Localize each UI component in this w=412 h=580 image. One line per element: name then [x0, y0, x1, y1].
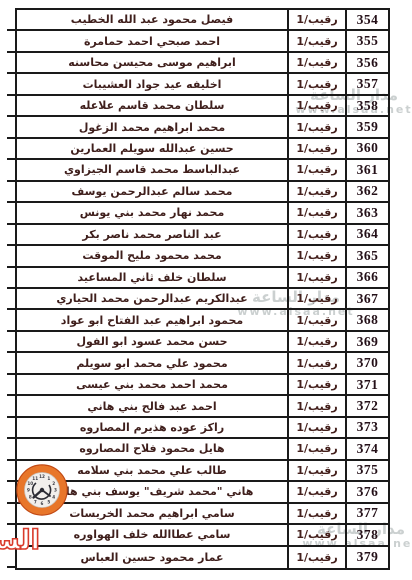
name-cell: عمار محمود حسين العباس — [17, 547, 287, 568]
row-rule-overhang — [7, 545, 16, 547]
table-row: محمد محمود مليح الموقت رقيب/1 365 — [17, 246, 388, 267]
row-rule-overhang — [7, 330, 16, 332]
name-cell: احمد عبد فالح بني هاني — [17, 396, 287, 415]
row-rule-overhang — [7, 137, 16, 139]
row-rule-overhang — [7, 266, 16, 268]
table-row: عبدالكريم عبدالرحمن محمد الحياري رقيب/1 … — [17, 289, 388, 310]
rank-cell: رقيب/1 — [287, 117, 345, 136]
serial-cell: 368 — [345, 310, 388, 329]
name-cell: محمد نهار محمد بني يونس — [17, 203, 287, 222]
table-row: محمود علي محمد ابو سويلم رقيب/1 370 — [17, 353, 388, 374]
table-row: سلطان محمد قاسم علاعله رقيب/1 358 — [17, 96, 388, 117]
name-cell: احمد صبحي احمد حمامرة — [17, 31, 287, 50]
rank-cell: رقيب/1 — [287, 246, 345, 265]
serial-cell: 364 — [345, 225, 388, 244]
name-cell: سلطان خلف ثاني المساعيد — [17, 268, 287, 287]
table-row: احمد عبد فالح بني هاني رقيب/1 372 — [17, 396, 388, 417]
name-cell: سامي ابراهيم محمد الخريسات — [17, 504, 287, 523]
serial-cell: 360 — [345, 139, 388, 158]
table-row: فيصل محمود عبد الله الخطيب رقيب/1 354 — [17, 10, 388, 31]
rank-cell: رقيب/1 — [287, 482, 345, 501]
table-row: احمد صبحي احمد حمامرة رقيب/1 355 — [17, 31, 388, 52]
table-row: حسن محمد عسود ابو الفول رقيب/1 369 — [17, 332, 388, 353]
name-cell: ابراهيم موسى محيسن محاسنه — [17, 53, 287, 72]
row-rule-overhang — [7, 115, 16, 117]
row-rule-overhang — [7, 308, 16, 310]
row-rule-overhang — [7, 523, 16, 525]
serial-cell: 361 — [345, 160, 388, 179]
rank-cell: رقيب/1 — [287, 289, 345, 308]
table-row: محمد ابراهيم محمد الزغول رقيب/1 359 — [17, 117, 388, 138]
serial-cell: 354 — [345, 10, 388, 29]
row-rule-overhang — [7, 51, 16, 53]
row-rule-overhang — [7, 244, 16, 246]
name-cell: عبدالباسط محمد قاسم الجيزاوي — [17, 160, 287, 179]
name-cell: حسين عبدالله سويلم العمارين — [17, 139, 287, 158]
personnel-roster-table: فيصل محمود عبد الله الخطيب رقيب/1 354 اح… — [15, 8, 390, 570]
serial-cell: 375 — [345, 461, 388, 480]
table-row: سامي ابراهيم محمد الخريسات رقيب/1 377 — [17, 504, 388, 525]
rank-cell: رقيب/1 — [287, 268, 345, 287]
serial-cell: 377 — [345, 504, 388, 523]
name-cell: محمود علي محمد ابو سويلم — [17, 353, 287, 372]
rank-cell: رقيب/1 — [287, 375, 345, 394]
name-cell: حسن محمد عسود ابو الفول — [17, 332, 287, 351]
serial-cell: 366 — [345, 268, 388, 287]
rank-cell: رقيب/1 — [287, 504, 345, 523]
table-row: طالب علي محمد بني سلامه رقيب/1 375 — [17, 461, 388, 482]
serial-cell: 370 — [345, 353, 388, 372]
name-cell: محمود ابراهيم عبد الفتاح ابو عواد — [17, 310, 287, 329]
serial-cell: 379 — [345, 547, 388, 568]
rank-cell: رقيب/1 — [287, 10, 345, 29]
table-row: عبد الناصر محمد ناصر بكر رقيب/1 364 — [17, 225, 388, 246]
rank-cell: رقيب/1 — [287, 525, 345, 544]
rank-cell: رقيب/1 — [287, 396, 345, 415]
name-cell: فيصل محمود عبد الله الخطيب — [17, 10, 287, 29]
name-cell: هاني "محمد شريف" يوسف بني هاني — [17, 482, 287, 501]
row-rule-overhang — [7, 480, 16, 482]
rank-cell: رقيب/1 — [287, 439, 345, 458]
rank-cell: رقيب/1 — [287, 547, 345, 568]
row-rule-overhang — [7, 72, 16, 74]
table-row: هايل محمود فلاح المصاروه رقيب/1 374 — [17, 439, 388, 460]
name-cell: سامي عطاالله خلف الهواوره — [17, 525, 287, 544]
rank-cell: رقيب/1 — [287, 310, 345, 329]
serial-cell: 363 — [345, 203, 388, 222]
rank-cell: رقيب/1 — [287, 96, 345, 115]
rank-cell: رقيب/1 — [287, 461, 345, 480]
rank-cell: رقيب/1 — [287, 203, 345, 222]
row-rule-overhang — [7, 201, 16, 203]
name-cell: طالب علي محمد بني سلامه — [17, 461, 287, 480]
table-row: سلطان خلف ثاني المساعيد رقيب/1 366 — [17, 268, 388, 289]
rank-cell: رقيب/1 — [287, 31, 345, 50]
rank-cell: رقيب/1 — [287, 139, 345, 158]
table-row: محمد سالم عبدالرحمن يوسف رقيب/1 362 — [17, 182, 388, 203]
rank-cell: رقيب/1 — [287, 182, 345, 201]
row-rule-overhang — [7, 459, 16, 461]
row-rule-overhang — [7, 394, 16, 396]
rank-cell: رقيب/1 — [287, 225, 345, 244]
table-row: عبدالباسط محمد قاسم الجيزاوي رقيب/1 361 — [17, 160, 388, 181]
table-row: حسين عبدالله سويلم العمارين رقيب/1 360 — [17, 139, 388, 160]
row-rule-overhang — [7, 373, 16, 375]
rank-cell: رقيب/1 — [287, 160, 345, 179]
row-rule-overhang — [7, 566, 16, 568]
serial-cell: 355 — [345, 31, 388, 50]
table-row: محمد نهار محمد بني يونس رقيب/1 363 — [17, 203, 388, 224]
serial-cell: 376 — [345, 482, 388, 501]
row-rule-overhang — [7, 437, 16, 439]
row-rule-overhang — [7, 416, 16, 418]
name-cell: عبدالكريم عبدالرحمن محمد الحياري — [17, 289, 287, 308]
name-cell: راكز عوده هذيرم المصاروه — [17, 418, 287, 437]
table-row: هاني "محمد شريف" يوسف بني هاني رقيب/1 37… — [17, 482, 388, 503]
name-cell: محمد محمود مليح الموقت — [17, 246, 287, 265]
scanned-document-page: مدار الساعة www.alsaa.net مدار الساعة ww… — [0, 0, 412, 580]
row-rule-overhang — [7, 180, 16, 182]
rank-cell: رقيب/1 — [287, 332, 345, 351]
serial-cell: 371 — [345, 375, 388, 394]
serial-cell: 358 — [345, 96, 388, 115]
table-row: محمد احمد محمد بني عيسى رقيب/1 371 — [17, 375, 388, 396]
table-row: سامي عطاالله خلف الهواوره رقيب/1 378 — [17, 525, 388, 546]
name-cell: محمد احمد محمد بني عيسى — [17, 375, 287, 394]
row-rule-overhang — [7, 502, 16, 504]
name-cell: محمد سالم عبدالرحمن يوسف — [17, 182, 287, 201]
row-rule-overhang — [7, 29, 16, 31]
table-row: محمود ابراهيم عبد الفتاح ابو عواد رقيب/1… — [17, 310, 388, 331]
rank-cell: رقيب/1 — [287, 74, 345, 93]
table-row: راكز عوده هذيرم المصاروه رقيب/1 373 — [17, 418, 388, 439]
serial-cell: 378 — [345, 525, 388, 544]
serial-cell: 369 — [345, 332, 388, 351]
table-row: ابراهيم موسى محيسن محاسنه رقيب/1 356 — [17, 53, 388, 74]
row-rule-overhang — [7, 287, 16, 289]
rank-cell: رقيب/1 — [287, 353, 345, 372]
name-cell: عبد الناصر محمد ناصر بكر — [17, 225, 287, 244]
serial-cell: 367 — [345, 289, 388, 308]
serial-cell: 356 — [345, 53, 388, 72]
name-cell: اخليفه عيد جواد العشيبات — [17, 74, 287, 93]
row-rule-overhang — [7, 351, 16, 353]
rank-cell: رقيب/1 — [287, 418, 345, 437]
serial-cell: 359 — [345, 117, 388, 136]
serial-cell: 374 — [345, 439, 388, 458]
table-row: عمار محمود حسين العباس رقيب/1 379 — [17, 547, 388, 568]
row-rule-overhang — [7, 158, 16, 160]
table-row: اخليفه عيد جواد العشيبات رقيب/1 357 — [17, 74, 388, 95]
serial-cell: 372 — [345, 396, 388, 415]
row-rule-overhang — [7, 94, 16, 96]
serial-cell: 357 — [345, 74, 388, 93]
name-cell: هايل محمود فلاح المصاروه — [17, 439, 287, 458]
name-cell: سلطان محمد قاسم علاعله — [17, 96, 287, 115]
name-cell: محمد ابراهيم محمد الزغول — [17, 117, 287, 136]
row-rule-overhang — [7, 223, 16, 225]
rank-cell: رقيب/1 — [287, 53, 345, 72]
serial-cell: 362 — [345, 182, 388, 201]
serial-cell: 365 — [345, 246, 388, 265]
serial-cell: 373 — [345, 418, 388, 437]
